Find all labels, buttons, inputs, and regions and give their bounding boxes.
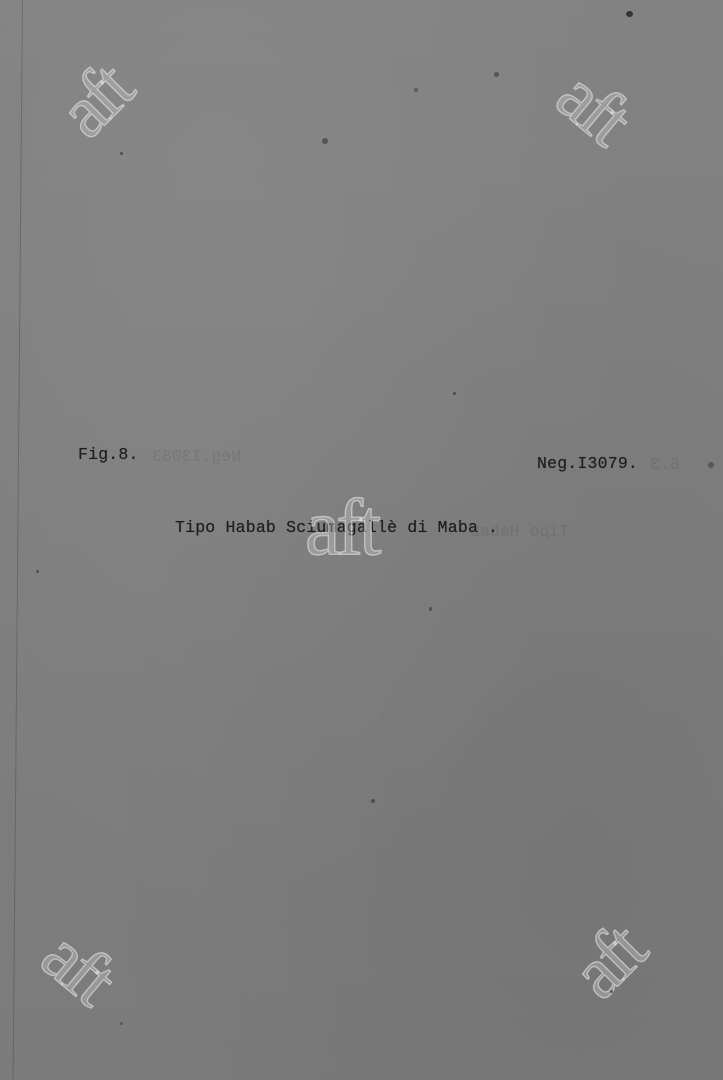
watermark-center: aft xyxy=(305,488,377,568)
dust-speck xyxy=(414,88,418,92)
bleed-through-right-fragment: 8.3 xyxy=(650,455,680,474)
dust-speck xyxy=(626,11,633,17)
dust-speck xyxy=(120,152,123,155)
dust-speck xyxy=(610,990,613,993)
watermark-bottom-right: aft xyxy=(559,912,658,1011)
dust-speck xyxy=(429,607,432,611)
watermark-bottom-left: aft xyxy=(29,917,127,1016)
scanned-document-page: Neg.I3083 8.3 Tipo Habab Fig.8. Neg.I307… xyxy=(0,0,723,1080)
dust-speck xyxy=(120,1022,123,1025)
dust-speck xyxy=(371,799,375,803)
dust-speck xyxy=(494,72,499,77)
negative-number: Neg.I3079. xyxy=(537,454,638,473)
dust-speck xyxy=(322,138,328,144)
bleed-through-negative-label: Neg.I3083 xyxy=(152,447,241,466)
watermark-top-right: aft xyxy=(544,57,642,156)
dust-speck xyxy=(453,392,456,395)
figure-label: Fig.8. xyxy=(78,445,139,464)
margin-line xyxy=(13,0,23,1080)
dust-speck xyxy=(708,462,714,468)
dust-speck xyxy=(36,570,39,573)
watermark-top-left: aft xyxy=(46,51,145,150)
